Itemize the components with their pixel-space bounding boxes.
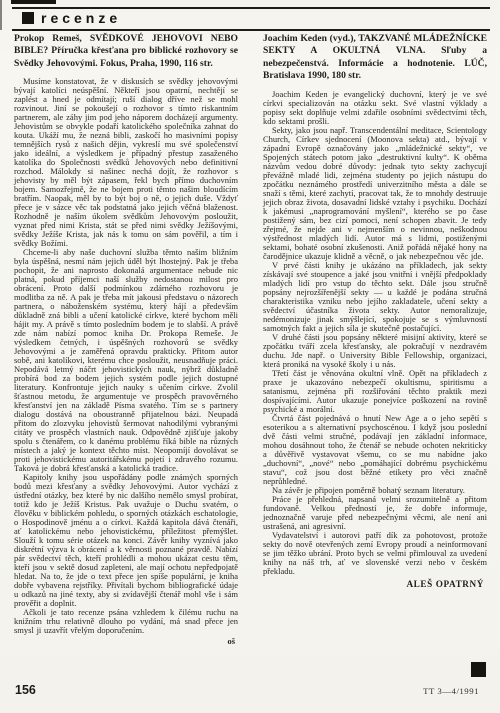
reviewer-name: ALEŠ OPATRNÝ <box>263 579 487 589</box>
journal-page: recenze Prokop Remeš, SVĚDKOVÉ JEHOVOVI … <box>0 0 500 713</box>
review-paragraph: Sekty, jako jsou např. Transcendentální … <box>263 126 487 261</box>
page-top-bar-fragment <box>11 0 56 4</box>
review-paragraph: Třetí část je věnována okultní vlně. Opě… <box>263 369 487 414</box>
review-article-left: Prokop Remeš, SVĚDKOVÉ JEHOVOVI NEBO BIB… <box>14 33 238 646</box>
page-number: 156 <box>15 683 36 697</box>
review-body: Joachim Keden je evangelický duchovní, k… <box>263 90 487 576</box>
review-article-right: Joachim Keden (vyd.), TAKZVANÉ MLÁDEŽNÍC… <box>263 33 487 646</box>
review-paragraph: Práce je přehledná, napsaná velmi srozum… <box>263 495 487 531</box>
review-paragraph: Čtvrtá část pojednává o hnutí New Age a … <box>263 414 487 486</box>
footer-square-icon <box>471 662 486 677</box>
review-book-heading: Prokop Remeš, SVĚDKOVÉ JEHOVOVI NEBO BIB… <box>14 33 238 70</box>
reviewer-initials: oš <box>14 636 238 646</box>
review-book-heading: Joachim Keden (vyd.), TAKZVANÉ MLÁDEŽNÍC… <box>263 33 487 83</box>
review-paragraph: Musíme konstatovat, že v diskusích se sv… <box>14 77 238 248</box>
section-title: recenze <box>41 12 121 24</box>
review-paragraph: Vydavatelství i autorovi patří dík za po… <box>263 531 487 576</box>
scan-edge-artifact <box>0 0 2 30</box>
review-columns: Prokop Remeš, SVĚDKOVÉ JEHOVOVI NEBO BIB… <box>14 33 487 646</box>
review-paragraph: V prvé části knihy je ukázáno na příklad… <box>263 261 487 333</box>
section-header: recenze <box>22 9 121 27</box>
header-rule-bottom <box>12 29 490 31</box>
review-body: Musíme konstatovat, že v diskusích se sv… <box>14 77 238 635</box>
review-paragraph: Ačkoli je tato recenze psána vzhledem k … <box>14 608 238 635</box>
review-paragraph: Joachim Keden je evangelický duchovní, k… <box>263 90 487 126</box>
review-paragraph: Kapitoly knihy jsou uspořádány podle zná… <box>14 473 238 608</box>
review-paragraph: V druhé části jsou popsány některé misij… <box>263 333 487 369</box>
section-bullet-square-icon <box>22 12 34 24</box>
issue-reference: TT 3—4/1991 <box>423 686 479 696</box>
review-paragraph: Chceme-li aby naše duchovní služba těmto… <box>14 248 238 473</box>
